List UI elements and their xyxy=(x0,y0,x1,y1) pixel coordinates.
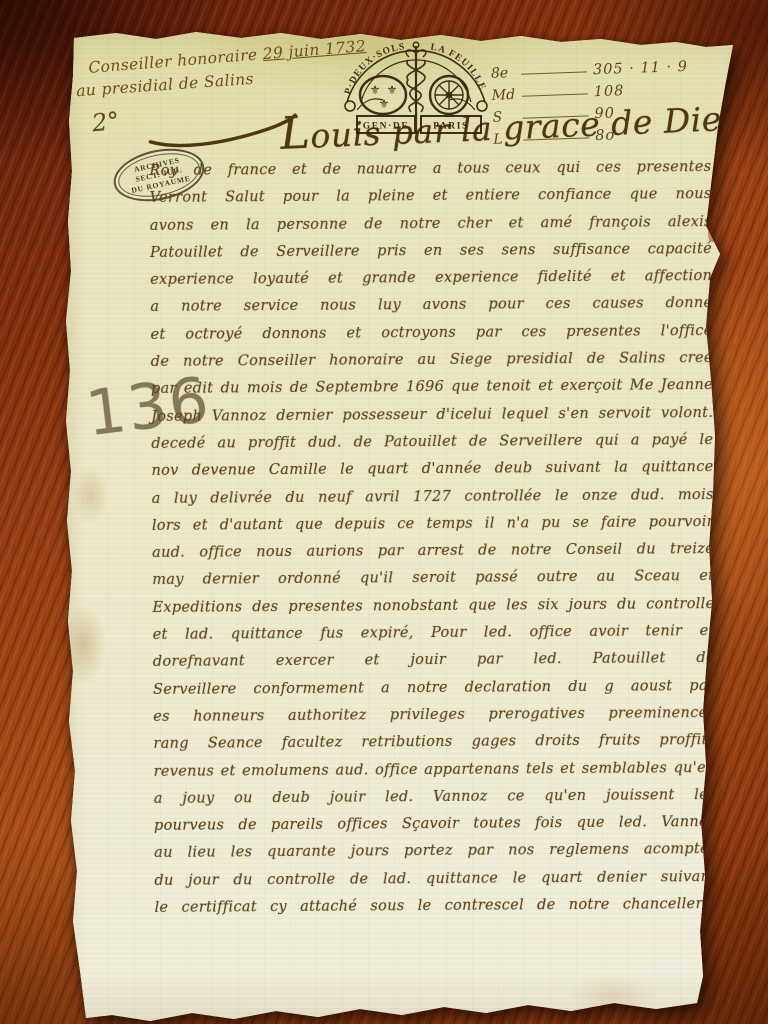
tax-stamp-ribbon-left-label: GEN·DE xyxy=(363,122,410,132)
body-line: du jour du controlle de lad. quittance l… xyxy=(154,864,716,895)
fee-dash-rule xyxy=(523,137,589,140)
body-line: a jouy ou deub jouir led. Vannoz ce qu'e… xyxy=(154,782,716,813)
fee-value: 305 · 11 · 9 xyxy=(593,59,689,78)
fleur-de-lis-icon: ⚜ xyxy=(387,83,398,97)
manuscript-paper: Conseiller honoraire 29 juin 1732 au pre… xyxy=(56,26,752,1024)
fee-label: Md xyxy=(492,87,523,104)
stamp-curl-icon xyxy=(345,101,355,111)
body-line: le certifficat cy attaché sous le contre… xyxy=(154,891,716,922)
body-line: Patouillet de Serveillere pris en ses se… xyxy=(150,236,712,267)
fee-dash-rule xyxy=(523,115,589,118)
body-line: avons en la personne de notre cher et am… xyxy=(150,209,712,240)
body-line: decedé au proffit dud. de Patouillet de … xyxy=(151,427,713,458)
folio-mark: 2° xyxy=(91,107,121,138)
fee-value: 108 xyxy=(593,83,624,100)
body-line: a luy delivrée du neuf avril 1727 contro… xyxy=(152,482,714,513)
body-line: es honneurs authoritez privileges prerog… xyxy=(153,700,715,731)
paper-tear-mark xyxy=(708,226,717,242)
fee-table: 8e 305 · 11 · 9 Md 108 S 90 xyxy=(491,52,709,147)
body-line: a notre service nous luy avons pour ces … xyxy=(150,291,712,322)
body-line: lors et d'autant que depuis ce temps il … xyxy=(152,509,714,540)
fee-value: 8o xyxy=(595,127,616,144)
fee-value: 90 xyxy=(594,105,615,122)
fleur-de-lis-icon: ⚜ xyxy=(370,83,381,97)
tax-stamp: P·DEUX·SOLS LA FEUILLE ⚜ ⚜ ⚜ xyxy=(340,38,492,147)
fee-label: L xyxy=(493,131,524,148)
body-line: au lieu les quarante jours portez par no… xyxy=(154,836,716,867)
body-line: et octroyé donnons et octroyons par ces … xyxy=(150,318,712,349)
body-line: revenus et emolumens aud. office apparte… xyxy=(154,755,716,786)
body-line: nov devenue Camille le quart d'année deu… xyxy=(151,454,713,485)
stamp-curl-icon xyxy=(477,101,487,111)
photo: Conseiller honoraire 29 juin 1732 au pre… xyxy=(0,0,768,1024)
fee-dash-rule xyxy=(521,71,587,74)
tax-stamp-ribbon-right-label: PARIS xyxy=(433,122,469,132)
fee-label: 8e xyxy=(491,65,522,82)
fee-label: S xyxy=(492,109,523,126)
paper-shadow-wrap: Conseiller honoraire 29 juin 1732 au pre… xyxy=(0,0,768,1024)
body-line: Roy de france et de nauarre a tous ceux … xyxy=(149,154,711,185)
body-line: aud. office nous aurions par arrest de n… xyxy=(152,536,714,567)
body-line: experience loyauté et grande experience … xyxy=(150,263,712,294)
fee-dash-rule xyxy=(522,93,588,96)
body-line: rang Seance facultez retributions gages … xyxy=(153,727,715,758)
body-line: Verront Salut pour la pleine et entiere … xyxy=(150,181,712,212)
body-line: Joseph Vannoz dernier possesseur d'icelu… xyxy=(151,400,713,431)
body-line: pourveus de pareils offices Sçavoir tout… xyxy=(154,809,716,840)
body-line: et lad. quittance fus expiré, Pour led. … xyxy=(153,618,715,649)
body-line: may dernier ordonné qu'il seroit passé o… xyxy=(152,563,714,594)
body-line: dorefnavant exercer et jouir par led. Pa… xyxy=(153,645,715,676)
body-line: de notre Conseiller honoraire au Siege p… xyxy=(151,345,713,376)
body-line: Serveillere conformement a notre declara… xyxy=(153,673,715,704)
body-line: par edit du mois de Septembre 1696 que t… xyxy=(151,372,713,403)
wheel-medallion-icon xyxy=(430,76,468,114)
body-text: Roy de france et de nauarre a tous ceux … xyxy=(149,154,716,922)
body-line: Expeditions des presentes nonobstant que… xyxy=(152,591,714,622)
